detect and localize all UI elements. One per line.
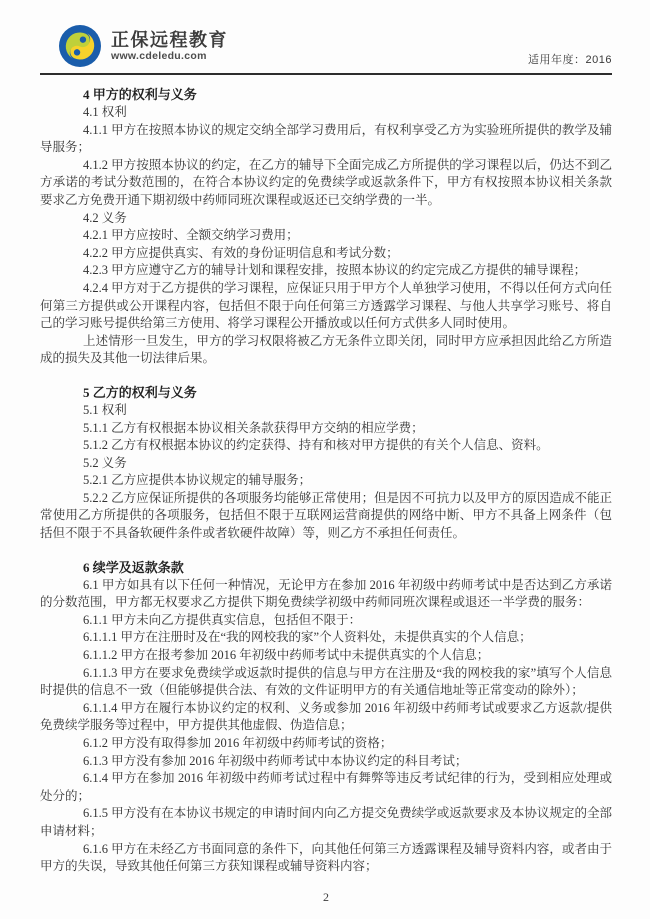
- clause-paragraph: 4.2.2 甲方应提供真实、有效的身份证明信息和考试分数；: [40, 245, 612, 263]
- clause-paragraph: 5.2.2 乙方应保证所提供的各项服务均能够正常使用；但是因不可抗力以及甲方的原…: [40, 490, 612, 543]
- section-heading: 5 乙方的权利与义务: [40, 383, 612, 402]
- section-party-b-rights: 5 乙方的权利与义务 5.1 权利 5.1.1 乙方有权根据本协议相关条款获得甲…: [40, 383, 612, 543]
- clause-paragraph: 6.1.1 甲方未向乙方提供真实信息，包括但不限于：: [40, 612, 612, 630]
- header-divider: [40, 73, 612, 75]
- clause-paragraph: 5.1.1 乙方有权根据本协议相关条款获得甲方交纳的相应学费；: [40, 420, 612, 438]
- clause-paragraph: 6.1.1.1 甲方在注册时及在“我的网校我的家”个人资料处，未提供真实的个人信…: [40, 629, 612, 647]
- section-renewal-refund-terms: 6 续学及返款条款 6.1 甲方如具有以下任何一种情况，无论甲方在参加 2016…: [40, 558, 612, 876]
- clause-paragraph: 6.1.1.3 甲方在要求免费续学或返款时提供的信息与甲方在注册及“我的网校我的…: [40, 665, 612, 700]
- clause-paragraph: 4.1 权利: [40, 104, 612, 122]
- clause-paragraph: 6.1 甲方如具有以下任何一种情况，无论甲方在参加 2016 年初级中药师考试中…: [40, 577, 612, 612]
- clause-paragraph: 4.1.2 甲方按照本协议的约定，在乙方的辅导下全面完成乙方所提供的学习课程以后…: [40, 157, 612, 210]
- applicable-year-label: 适用年度：2016: [528, 51, 612, 68]
- brand: 正保远程教育 www.cdeledu.com: [58, 24, 228, 68]
- clause-paragraph: 6.1.4 甲方在参加 2016 年初级中药师考试过程中有舞弊等违反考试纪律的行…: [40, 770, 612, 805]
- clause-paragraph: 6.1.5 甲方没有在本协议书规定的申请时间内向乙方提交免费续学或返款要求及本协…: [40, 805, 612, 840]
- page-number: 2: [40, 889, 612, 907]
- clause-paragraph: 4.1.1 甲方在按照本协议的规定交纳全部学习费用后，有权利享受乙方为实验班所提…: [40, 122, 612, 157]
- clause-paragraph: 上述情形一旦发生，甲方的学习权限将被乙方无条件立即关闭，同时甲方应承担因此给乙方…: [40, 333, 612, 368]
- clause-paragraph: 6.1.2 甲方没有取得参加 2016 年初级中药师考试的资格；: [40, 735, 612, 753]
- clause-paragraph: 5.1.2 乙方有权根据本协议的约定获得、持有和核对甲方提供的有关个人信息、资料…: [40, 437, 612, 455]
- clause-paragraph: 6.1.6 甲方在未经乙方书面同意的条件下，向其他任何第三方透露课程及辅导资料内…: [40, 841, 612, 876]
- clause-paragraph: 5.2 义务: [40, 455, 612, 473]
- brand-text: 正保远程教育 www.cdeledu.com: [111, 30, 228, 63]
- clause-paragraph: 6.1.1.2 甲方在报考参加 2016 年初级中药师考试中未提供真实的个人信息…: [40, 647, 612, 665]
- clause-paragraph: 5.1 权利: [40, 402, 612, 420]
- document-body: 4 甲方的权利与义务 4.1 权利 4.1.1 甲方在按照本协议的规定交纳全部学…: [40, 85, 612, 906]
- clause-paragraph: 4.2.3 甲方应遵守乙方的辅导计划和课程安排，按照本协议的约定完成乙方提供的辅…: [40, 262, 612, 280]
- clause-paragraph: 4.2.4 甲方对于乙方提供的学习课程，应保证只用于甲方个人单独学习使用，不得以…: [40, 280, 612, 333]
- brand-url: www.cdeledu.com: [111, 50, 228, 62]
- document-page: 正保远程教育 www.cdeledu.com 适用年度：2016 4 甲方的权利…: [0, 0, 650, 919]
- clause-paragraph: 4.2 义务: [40, 210, 612, 228]
- clause-paragraph: 5.2.1 乙方应提供本协议规定的辅导服务；: [40, 472, 612, 490]
- section-party-a-rights: 4 甲方的权利与义务 4.1 权利 4.1.1 甲方在按照本协议的规定交纳全部学…: [40, 85, 612, 368]
- clause-paragraph: 4.2.1 甲方应按时、全额交纳学习费用；: [40, 227, 612, 245]
- brand-logo-icon: [58, 24, 102, 68]
- brand-name: 正保远程教育: [111, 30, 228, 51]
- section-heading: 6 续学及返款条款: [40, 558, 612, 577]
- clause-paragraph: 6.1.1.4 甲方在履行本协议约定的权利、义务或参加 2016 年初级中药师考…: [40, 700, 612, 735]
- section-heading: 4 甲方的权利与义务: [40, 85, 612, 104]
- clause-paragraph: 6.1.3 甲方没有参加 2016 年初级中药师考试中本协议约定的科目考试；: [40, 753, 612, 771]
- page-header: 正保远程教育 www.cdeledu.com 适用年度：2016: [40, 24, 612, 71]
